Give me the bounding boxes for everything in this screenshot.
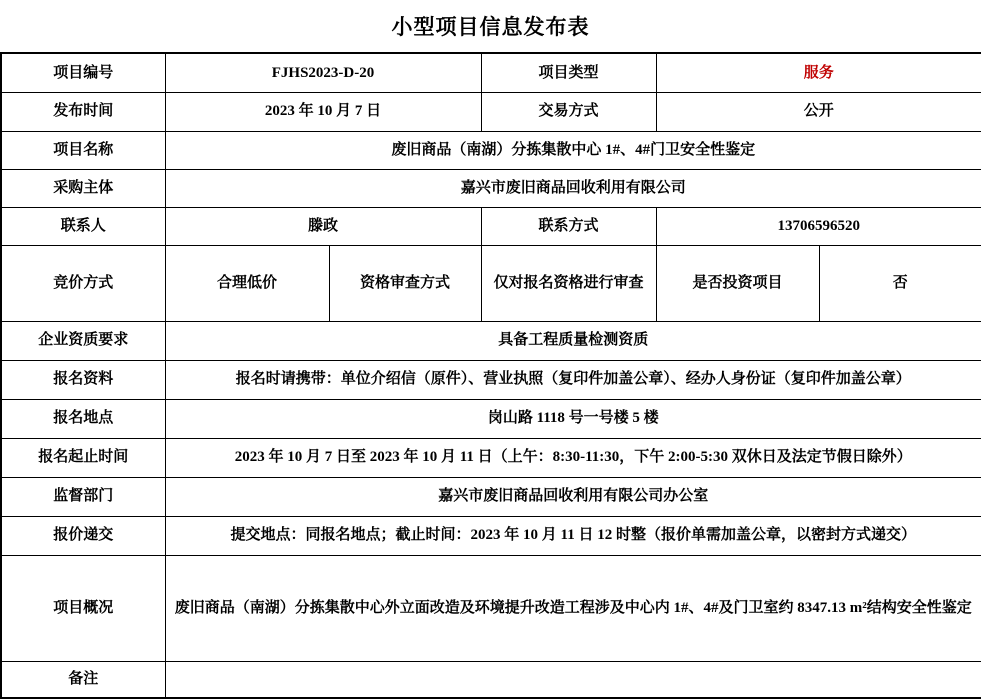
- row-bidding: 竞价方式 合理低价 资格审查方式 仅对报名资格进行审查 是否投资项目 否: [1, 245, 981, 321]
- trade-method-label: 交易方式: [481, 92, 656, 131]
- purchaser-value: 嘉兴市废旧商品回收利用有限公司: [165, 169, 981, 207]
- qualification-review-label: 资格审查方式: [329, 245, 481, 321]
- remarks-label: 备注: [1, 661, 165, 698]
- registration-period-label: 报名起止时间: [1, 438, 165, 477]
- row-contact: 联系人 滕政 联系方式 13706596520: [1, 207, 981, 245]
- project-type-value: 服务: [656, 53, 981, 92]
- row-registration-period: 报名起止时间 2023 年 10 月 7 日至 2023 年 10 月 11 日…: [1, 438, 981, 477]
- row-registration-materials: 报名资料 报名时请携带：单位介绍信（原件）、营业执照（复印件加盖公章）、经办人身…: [1, 360, 981, 399]
- investment-project-label: 是否投资项目: [656, 245, 819, 321]
- registration-location-label: 报名地点: [1, 399, 165, 438]
- row-purchaser: 采购主体 嘉兴市废旧商品回收利用有限公司: [1, 169, 981, 207]
- investment-project-value: 否: [819, 245, 981, 321]
- row-project-code: 项目编号 FJHS2023-D-20 项目类型 服务: [1, 53, 981, 92]
- row-remarks: 备注: [1, 661, 981, 698]
- project-code-value: FJHS2023-D-20: [165, 53, 481, 92]
- enterprise-qualification-value: 具备工程质量检测资质: [165, 321, 981, 360]
- project-name-label: 项目名称: [1, 131, 165, 169]
- contact-person-value: 滕政: [165, 207, 481, 245]
- contact-person-label: 联系人: [1, 207, 165, 245]
- quotation-submission-value: 提交地点：同报名地点；截止时间：2023 年 10 月 11 日 12 时整（报…: [165, 516, 981, 555]
- contact-phone-label: 联系方式: [481, 207, 656, 245]
- purchaser-label: 采购主体: [1, 169, 165, 207]
- contact-phone-value: 13706596520: [656, 207, 981, 245]
- trade-method-value: 公开: [656, 92, 981, 131]
- page-title: 小型项目信息发布表: [392, 11, 590, 41]
- project-name-value: 废旧商品（南湖）分拣集散中心 1#、4#门卫安全性鉴定: [165, 131, 981, 169]
- row-publish-date: 发布时间 2023 年 10 月 7 日 交易方式 公开: [1, 92, 981, 131]
- publish-date-label: 发布时间: [1, 92, 165, 131]
- publish-date-value: 2023 年 10 月 7 日: [165, 92, 481, 131]
- row-project-name: 项目名称 废旧商品（南湖）分拣集散中心 1#、4#门卫安全性鉴定: [1, 131, 981, 169]
- project-overview-label: 项目概况: [1, 555, 165, 661]
- supervision-department-value: 嘉兴市废旧商品回收利用有限公司办公室: [165, 477, 981, 516]
- quotation-submission-label: 报价递交: [1, 516, 165, 555]
- project-overview-value: 废旧商品（南湖）分拣集散中心外立面改造及环境提升改造工程涉及中心内 1#、4#及…: [165, 555, 981, 661]
- bidding-method-value: 合理低价: [165, 245, 329, 321]
- title-bar: 小型项目信息发布表: [0, 0, 981, 52]
- remarks-value: [165, 661, 981, 698]
- bidding-method-label: 竞价方式: [1, 245, 165, 321]
- enterprise-qualification-label: 企业资质要求: [1, 321, 165, 360]
- supervision-department-label: 监督部门: [1, 477, 165, 516]
- row-registration-location: 报名地点 岗山路 1118 号一号楼 5 楼: [1, 399, 981, 438]
- row-quotation-submission: 报价递交 提交地点：同报名地点；截止时间：2023 年 10 月 11 日 12…: [1, 516, 981, 555]
- registration-period-value: 2023 年 10 月 7 日至 2023 年 10 月 11 日（上午：8:3…: [165, 438, 981, 477]
- row-project-overview: 项目概况 废旧商品（南湖）分拣集散中心外立面改造及环境提升改造工程涉及中心内 1…: [1, 555, 981, 661]
- registration-materials-label: 报名资料: [1, 360, 165, 399]
- qualification-review-value: 仅对报名资格进行审查: [481, 245, 656, 321]
- project-type-label: 项目类型: [481, 53, 656, 92]
- project-code-label: 项目编号: [1, 53, 165, 92]
- registration-location-value: 岗山路 1118 号一号楼 5 楼: [165, 399, 981, 438]
- row-enterprise-qualification: 企业资质要求 具备工程质量检测资质: [1, 321, 981, 360]
- row-supervision-department: 监督部门 嘉兴市废旧商品回收利用有限公司办公室: [1, 477, 981, 516]
- registration-materials-value: 报名时请携带：单位介绍信（原件）、营业执照（复印件加盖公章）、经办人身份证（复印…: [165, 360, 981, 399]
- project-info-table: 项目编号 FJHS2023-D-20 项目类型 服务 发布时间 2023 年 1…: [0, 52, 981, 699]
